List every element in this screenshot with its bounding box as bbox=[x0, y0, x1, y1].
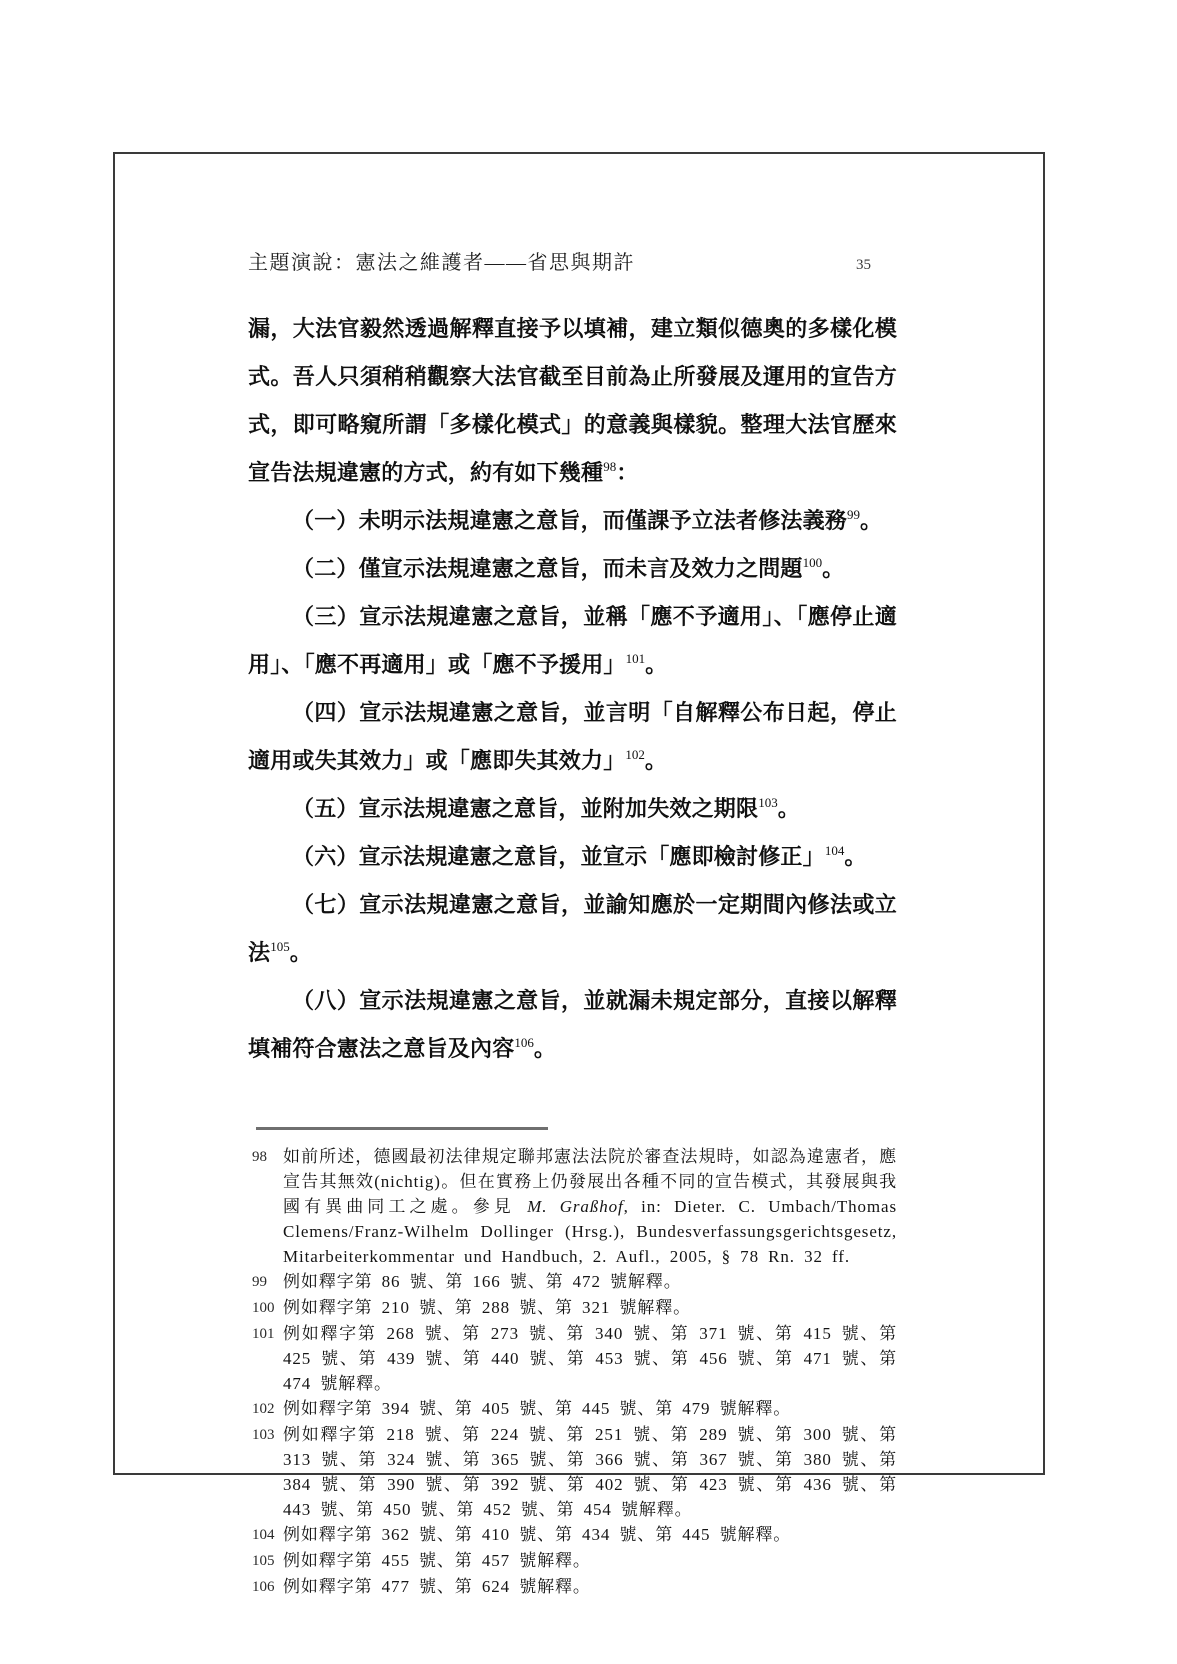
list-item-tail: 。 bbox=[534, 1036, 556, 1061]
footnote-number: 105 bbox=[252, 1548, 283, 1574]
footnote-text: 例如釋字第 218 號、第 224 號、第 251 號、第 289 號、第 30… bbox=[283, 1422, 897, 1522]
list-item-6: （六）宣示法規違憲之意旨，並宣示「應即檢討修正」104。 bbox=[248, 833, 897, 881]
footnote-separator bbox=[256, 1127, 548, 1130]
footnote-text: 例如釋字第 455 號、第 457 號解釋。 bbox=[283, 1548, 897, 1574]
footnote-ref-104: 104 bbox=[825, 843, 845, 858]
list-item-2: （二）僅宣示法規違憲之意旨，而未言及效力之問題100。 bbox=[248, 545, 897, 593]
footnote-citation-author: M. Graßhof bbox=[527, 1197, 623, 1216]
list-item-text: （五）宣示法規違憲之意旨，並附加失效之期限 bbox=[292, 796, 758, 821]
list-item-tail: 。 bbox=[645, 652, 667, 677]
paragraph: 漏，大法官毅然透過解釋直接予以填補，建立類似德奧的多樣化模式。吾人只須稍稍觀察大… bbox=[248, 305, 897, 497]
list-item-tail: 。 bbox=[822, 556, 844, 581]
list-item-text: （六）宣示法規違憲之意旨，並宣示「應即檢討修正」 bbox=[292, 844, 825, 869]
list-item-5: （五）宣示法規違憲之意旨，並附加失效之期限103。 bbox=[248, 785, 897, 833]
list-item-1: （一）未明示法規違憲之意旨，而僅課予立法者修法義務99。 bbox=[248, 497, 897, 545]
page-background: 主題演說：憲法之維護者——省思與期許 35 漏，大法官毅然透過解釋直接予以填補，… bbox=[0, 0, 1177, 1664]
footnote-number: 106 bbox=[252, 1574, 283, 1600]
footnote-101: 101 例如釋字第 268 號、第 273 號、第 340 號、第 371 號、… bbox=[252, 1321, 897, 1396]
footnote-ref-105: 105 bbox=[270, 939, 290, 954]
running-title: 主題演說：憲法之維護者——省思與期許 bbox=[248, 246, 635, 275]
footnote-102: 102 例如釋字第 394 號、第 405 號、第 445 號、第 479 號解… bbox=[252, 1396, 897, 1422]
list-item-tail: 。 bbox=[778, 796, 800, 821]
footnote-103: 103 例如釋字第 218 號、第 224 號、第 251 號、第 289 號、… bbox=[252, 1422, 897, 1522]
footnote-text: 例如釋字第 477 號、第 624 號解釋。 bbox=[283, 1574, 897, 1600]
footnote-ref-106: 106 bbox=[514, 1035, 534, 1050]
footnote-99: 99 例如釋字第 86 號、第 166 號、第 472 號解釋。 bbox=[252, 1269, 897, 1295]
list-item-text: （一）未明示法規違憲之意旨，而僅課予立法者修法義務 bbox=[292, 508, 847, 533]
footnote-number: 99 bbox=[252, 1269, 283, 1295]
body-text: 漏，大法官毅然透過解釋直接予以填補，建立類似德奧的多樣化模式。吾人只須稍稍觀察大… bbox=[248, 305, 897, 1073]
page-border: 主題演說：憲法之維護者——省思與期許 35 漏，大法官毅然透過解釋直接予以填補，… bbox=[113, 152, 1045, 1475]
footnote-ref-98: 98 bbox=[603, 459, 616, 474]
footnote-text: 例如釋字第 268 號、第 273 號、第 340 號、第 371 號、第 41… bbox=[283, 1321, 897, 1396]
list-item-tail: 。 bbox=[290, 940, 312, 965]
footnotes-section: 98 如前所述，德國最初法律規定聯邦憲法法院於審查法規時，如認為違憲者，應宣告其… bbox=[248, 1144, 897, 1600]
footnote-text: 例如釋字第 86 號、第 166 號、第 472 號解釋。 bbox=[283, 1269, 897, 1295]
page-header: 主題演說：憲法之維護者——省思與期許 35 bbox=[248, 246, 897, 275]
footnote-ref-99: 99 bbox=[847, 507, 860, 522]
list-item-text: （八）宣示法規違憲之意旨，並就漏未規定部分，直接以解釋填補符合憲法之意旨及內容 bbox=[248, 988, 897, 1061]
page-number: 35 bbox=[856, 257, 871, 274]
list-item-3: （三）宣示法規違憲之意旨，並稱「應不予適用」、「應停止適用」、「應不再適用」或「… bbox=[248, 593, 897, 689]
footnote-ref-102: 102 bbox=[625, 747, 645, 762]
list-item-8: （八）宣示法規違憲之意旨，並就漏未規定部分，直接以解釋填補符合憲法之意旨及內容1… bbox=[248, 977, 897, 1073]
footnote-number: 103 bbox=[252, 1422, 283, 1522]
footnote-text: 例如釋字第 362 號、第 410 號、第 434 號、第 445 號解釋。 bbox=[283, 1522, 897, 1548]
footnote-number: 104 bbox=[252, 1522, 283, 1548]
footnote-number: 100 bbox=[252, 1295, 283, 1321]
list-item-text: （四）宣示法規違憲之意旨，並言明「自解釋公布日起，停止適用或失其效力」或「應即失… bbox=[248, 700, 897, 773]
list-item-tail: 。 bbox=[860, 508, 882, 533]
footnote-number: 102 bbox=[252, 1396, 283, 1422]
paragraph-text: 漏，大法官毅然透過解釋直接予以填補，建立類似德奧的多樣化模式。吾人只須稍稍觀察大… bbox=[248, 316, 897, 485]
footnote-104: 104 例如釋字第 362 號、第 410 號、第 434 號、第 445 號解… bbox=[252, 1522, 897, 1548]
footnote-98: 98 如前所述，德國最初法律規定聯邦憲法法院於審查法規時，如認為違憲者，應宣告其… bbox=[252, 1144, 897, 1269]
footnote-ref-100: 100 bbox=[803, 555, 823, 570]
list-item-text: （二）僅宣示法規違憲之意旨，而未言及效力之問題 bbox=[292, 556, 803, 581]
footnote-number: 98 bbox=[252, 1144, 283, 1269]
list-item-text: （七）宣示法規違憲之意旨，並諭知應於一定期間內修法或立法 bbox=[248, 892, 897, 965]
footnote-105: 105 例如釋字第 455 號、第 457 號解釋。 bbox=[252, 1548, 897, 1574]
footnote-number: 101 bbox=[252, 1321, 283, 1396]
footnote-ref-101: 101 bbox=[626, 651, 646, 666]
list-item-tail: 。 bbox=[844, 844, 866, 869]
footnote-text: 如前所述，德國最初法律規定聯邦憲法法院於審查法規時，如認為違憲者，應宣告其無效(… bbox=[283, 1144, 897, 1269]
list-item-text: （三）宣示法規違憲之意旨，並稱「應不予適用」、「應停止適用」、「應不再適用」或「… bbox=[248, 604, 897, 677]
list-item-4: （四）宣示法規違憲之意旨，並言明「自解釋公布日起，停止適用或失其效力」或「應即失… bbox=[248, 689, 897, 785]
footnote-100: 100 例如釋字第 210 號、第 288 號、第 321 號解釋。 bbox=[252, 1295, 897, 1321]
footnote-text: 例如釋字第 394 號、第 405 號、第 445 號、第 479 號解釋。 bbox=[283, 1396, 897, 1422]
list-item-tail: 。 bbox=[645, 748, 667, 773]
footnote-ref-103: 103 bbox=[758, 795, 778, 810]
paragraph-tail: ： bbox=[616, 460, 638, 485]
list-item-7: （七）宣示法規違憲之意旨，並諭知應於一定期間內修法或立法105。 bbox=[248, 881, 897, 977]
footnote-text: 例如釋字第 210 號、第 288 號、第 321 號解釋。 bbox=[283, 1295, 897, 1321]
footnote-106: 106 例如釋字第 477 號、第 624 號解釋。 bbox=[252, 1574, 897, 1600]
